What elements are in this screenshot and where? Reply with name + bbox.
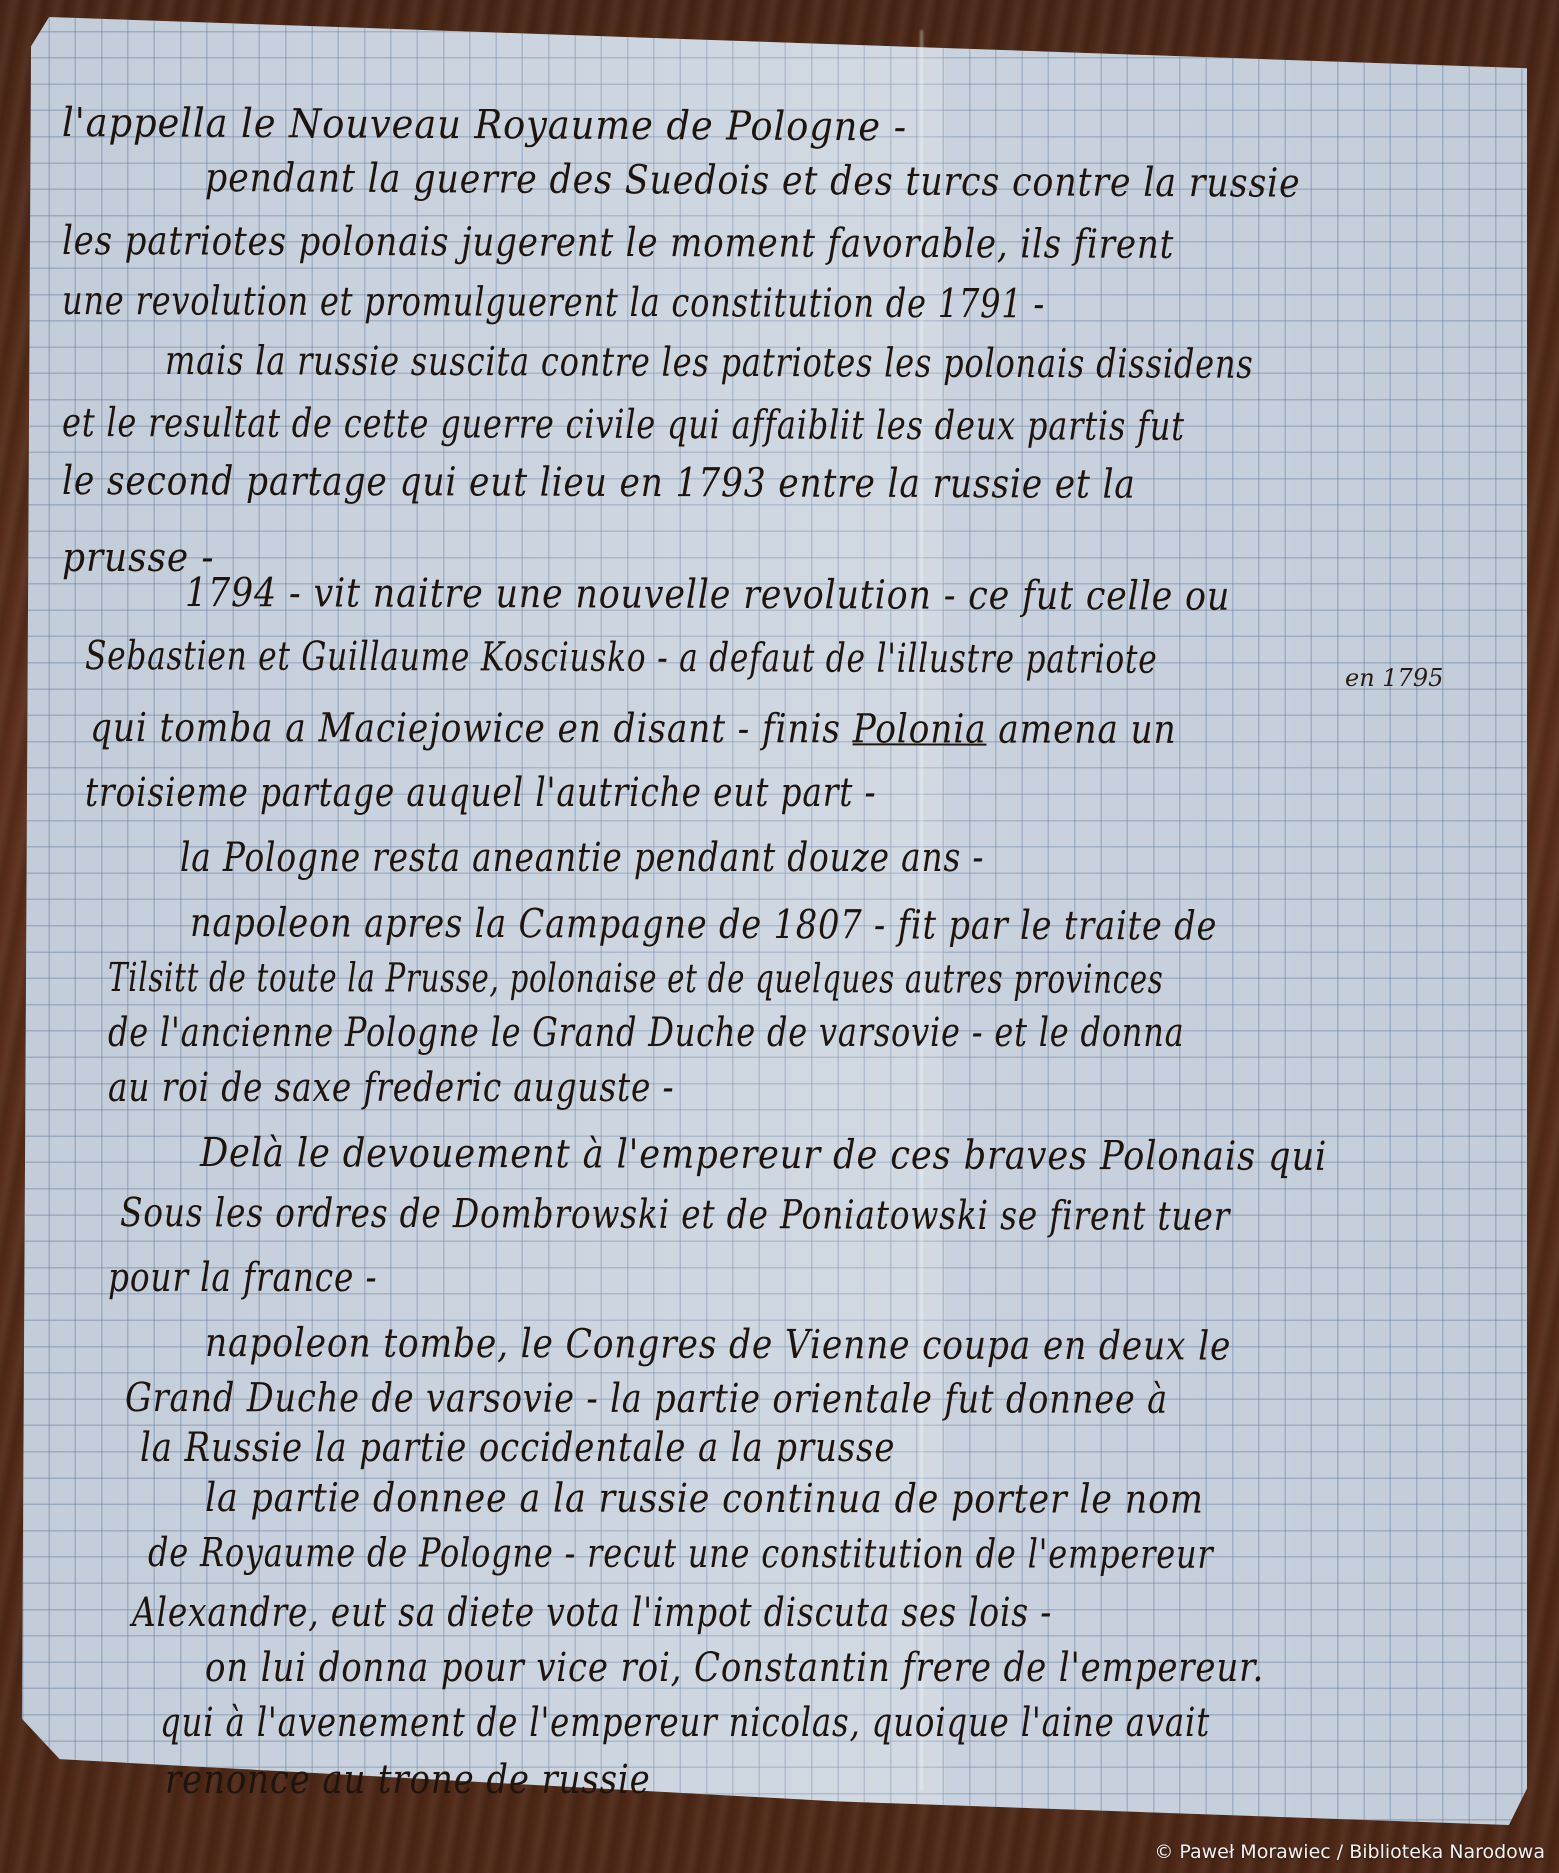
manuscript-line-2: pendant la guerre des Suedois et des tur… xyxy=(205,155,1301,207)
manuscript-line-7: le second partage qui eut lieu en 1793 e… xyxy=(62,458,1136,508)
manuscript-line-26: Alexandre, eut sa diete vota l'impot dis… xyxy=(132,1590,1052,1636)
manuscript-line-3: les patriotes polonais jugerent le momen… xyxy=(62,218,1174,268)
manuscript-line-11: qui tomba a Maciejowice en disant - fini… xyxy=(90,705,1177,753)
manuscript-line-6: et le resultat de cette guerre civile qu… xyxy=(62,400,1185,450)
line-11-text: qui tomba a Maciejowice en disant - fini… xyxy=(90,705,1177,753)
manuscript-line-14: napoleon apres la Campagne de 1807 - fit… xyxy=(190,900,1217,950)
manuscript-line-13: la Pologne resta aneantie pendant douze … xyxy=(180,835,984,881)
manuscript-line-18: Delà le devouement à l'empereur de ces b… xyxy=(200,1130,1327,1180)
manuscript-line-20: pour la france - xyxy=(108,1255,377,1301)
photo-credit-watermark: © Paweł Morawiec / Biblioteka Narodowa xyxy=(1154,1841,1545,1863)
manuscript-line-27: on lui donna pour vice roi, Constantin f… xyxy=(205,1645,1264,1691)
manuscript-line-10: Sebastien et Guillaume Kosciusko - a def… xyxy=(85,633,1158,683)
manuscript-line-19: Sous les ordres de Dombrowski et de Poni… xyxy=(120,1190,1230,1240)
manuscript-line-15: Tilsitt de toute la Prusse, polonaise et… xyxy=(108,955,1164,1003)
manuscript-line-12: troisieme partage auquel l'autriche eut … xyxy=(85,770,876,816)
manuscript-line-9: 1794 - vit naitre une nouvelle revolutio… xyxy=(185,570,1230,620)
manuscript-line-16: de l'ancienne Pologne le Grand Duche de … xyxy=(108,1010,1185,1056)
manuscript-line-17: au roi de saxe frederic auguste - xyxy=(108,1065,674,1111)
manuscript-line-23: la Russie la partie occidentale a la pru… xyxy=(140,1425,895,1471)
manuscript-line-4: une revolution et promulguerent la const… xyxy=(62,278,1045,327)
underlined-phrase: Polonia xyxy=(853,706,987,752)
manuscript-line-22: Grand Duche de varsovie - la partie orie… xyxy=(125,1375,1168,1423)
manuscript-line-28: qui à l'avenement de l'empereur nicolas,… xyxy=(160,1700,1210,1746)
manuscript-line-25: de Royaume de Pologne - recut une consti… xyxy=(148,1530,1214,1578)
manuscript-line-5: mais la russie suscita contre les patrio… xyxy=(165,338,1254,388)
manuscript-line-24: la partie donnee a la russie continua de… xyxy=(205,1475,1204,1523)
manuscript-line-29: renonce au trone de russie xyxy=(165,1757,651,1803)
manuscript-line-1: l'appella le Nouveau Royaume de Pologne … xyxy=(62,100,907,150)
manuscript-line-21: napoleon tombe, le Congres de Vienne cou… xyxy=(205,1320,1231,1370)
margin-note: en 1795 xyxy=(1345,664,1443,692)
